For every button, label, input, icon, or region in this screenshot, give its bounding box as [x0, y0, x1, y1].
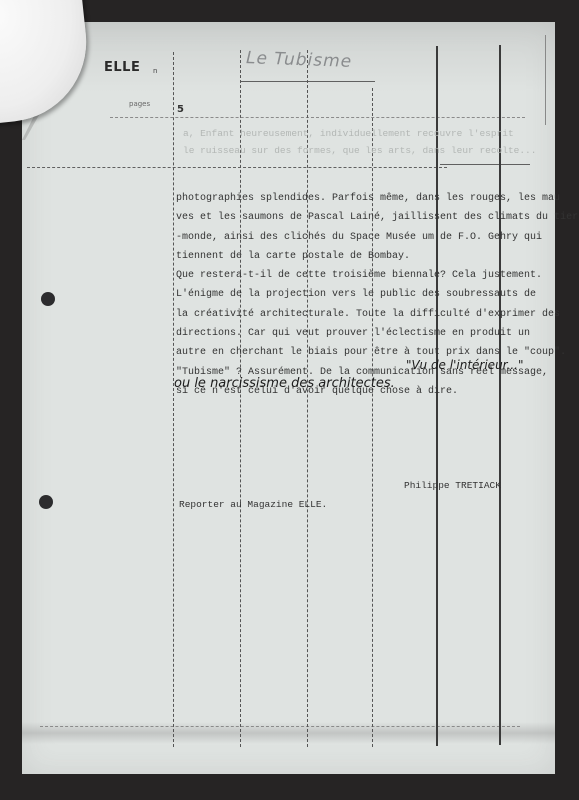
punch-hole-bottom	[39, 495, 53, 509]
author-signature: Philippe TRETIACK	[404, 480, 501, 491]
publication-name: ELLE	[104, 60, 140, 75]
body-line: ves et les saumons de Pascal Lainé, jail…	[176, 208, 546, 227]
header-bottom-rule-right	[440, 164, 530, 165]
faded-header-line-2: le ruisseau sur des formes, que les arts…	[183, 145, 536, 156]
body-line: Que restera-t-il de cette troisième bien…	[176, 266, 546, 285]
punch-hole-top	[41, 292, 55, 306]
title-underline	[241, 81, 375, 82]
handwritten-annotation: "Vu de l'intérieur..."	[406, 358, 523, 372]
column-guide-1	[173, 52, 174, 747]
right-margin-line	[545, 35, 546, 125]
handwritten-annotation-line-2: ou le narcissisme des architectes.	[174, 376, 395, 391]
body-line: directions. Car qui veut prouver l'éclec…	[176, 324, 546, 343]
body-line: la créativité architecturale. Toute la d…	[176, 305, 546, 324]
header-bottom-rule	[27, 167, 447, 168]
body-line: tiennent de la carte postale de Bombay.	[176, 247, 546, 266]
faded-header-line-1: a, Enfant heureusement, individuellement…	[183, 128, 514, 139]
handwritten-title: Le Tubisme	[246, 48, 353, 72]
column-guide-4	[372, 88, 373, 747]
publication-number-label: n	[153, 67, 157, 75]
body-line: photographies splendides. Parfois même, …	[176, 189, 546, 208]
page-number: 5	[177, 104, 184, 115]
footer-rule	[40, 726, 520, 727]
author-role: Reporter au Magazine ELLE.	[179, 499, 327, 510]
body-line: L'énigme de la projection vers le public…	[176, 285, 546, 304]
body-line: -monde, ainsi des clichés du Space Musée…	[176, 228, 546, 247]
pages-label: pages	[129, 100, 150, 108]
